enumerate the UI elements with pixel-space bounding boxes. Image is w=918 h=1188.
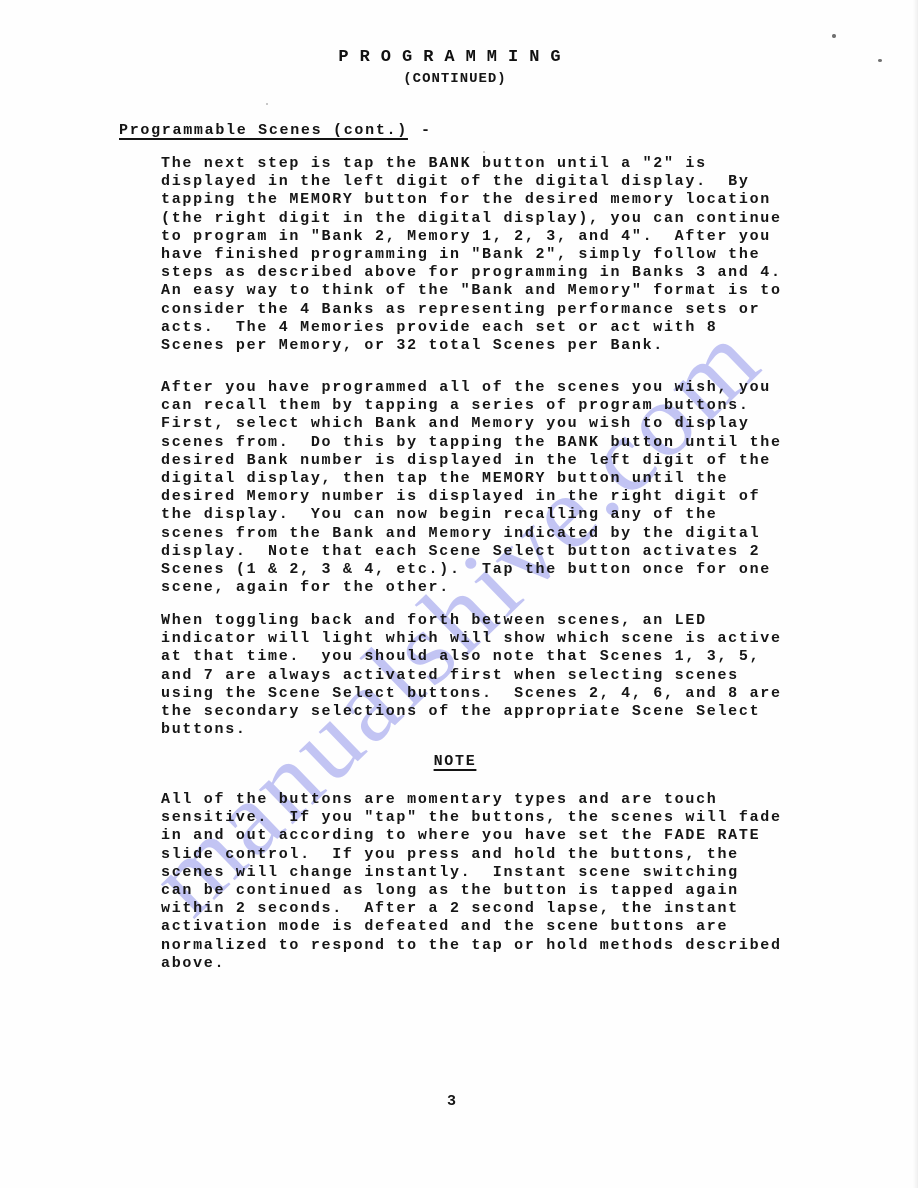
body-paragraph-1: The next step is tap the BANK button unt…: [161, 155, 782, 355]
section-heading-dash: -: [421, 122, 432, 139]
document-page: manualshive.com PROGRAMMING (CONTINUED) …: [0, 0, 918, 1188]
page-title: PROGRAMMING: [0, 48, 910, 67]
page-subtitle: (CONTINUED): [0, 71, 910, 87]
page-number: 3: [0, 1093, 903, 1110]
note-paragraph: All of the buttons are momentary types a…: [161, 791, 782, 973]
scan-speck: [878, 59, 882, 62]
scan-speck: [266, 103, 268, 105]
body-paragraph-3: When toggling back and forth between sce…: [161, 612, 782, 739]
note-heading: NOTE: [0, 753, 910, 770]
scan-speck: [832, 34, 836, 38]
section-heading: Programmable Scenes (cont.)-: [119, 122, 432, 139]
scan-speck: [483, 151, 485, 153]
section-heading-text: Programmable Scenes (cont.): [119, 122, 408, 139]
body-paragraph-2: After you have programmed all of the sce…: [161, 379, 782, 597]
